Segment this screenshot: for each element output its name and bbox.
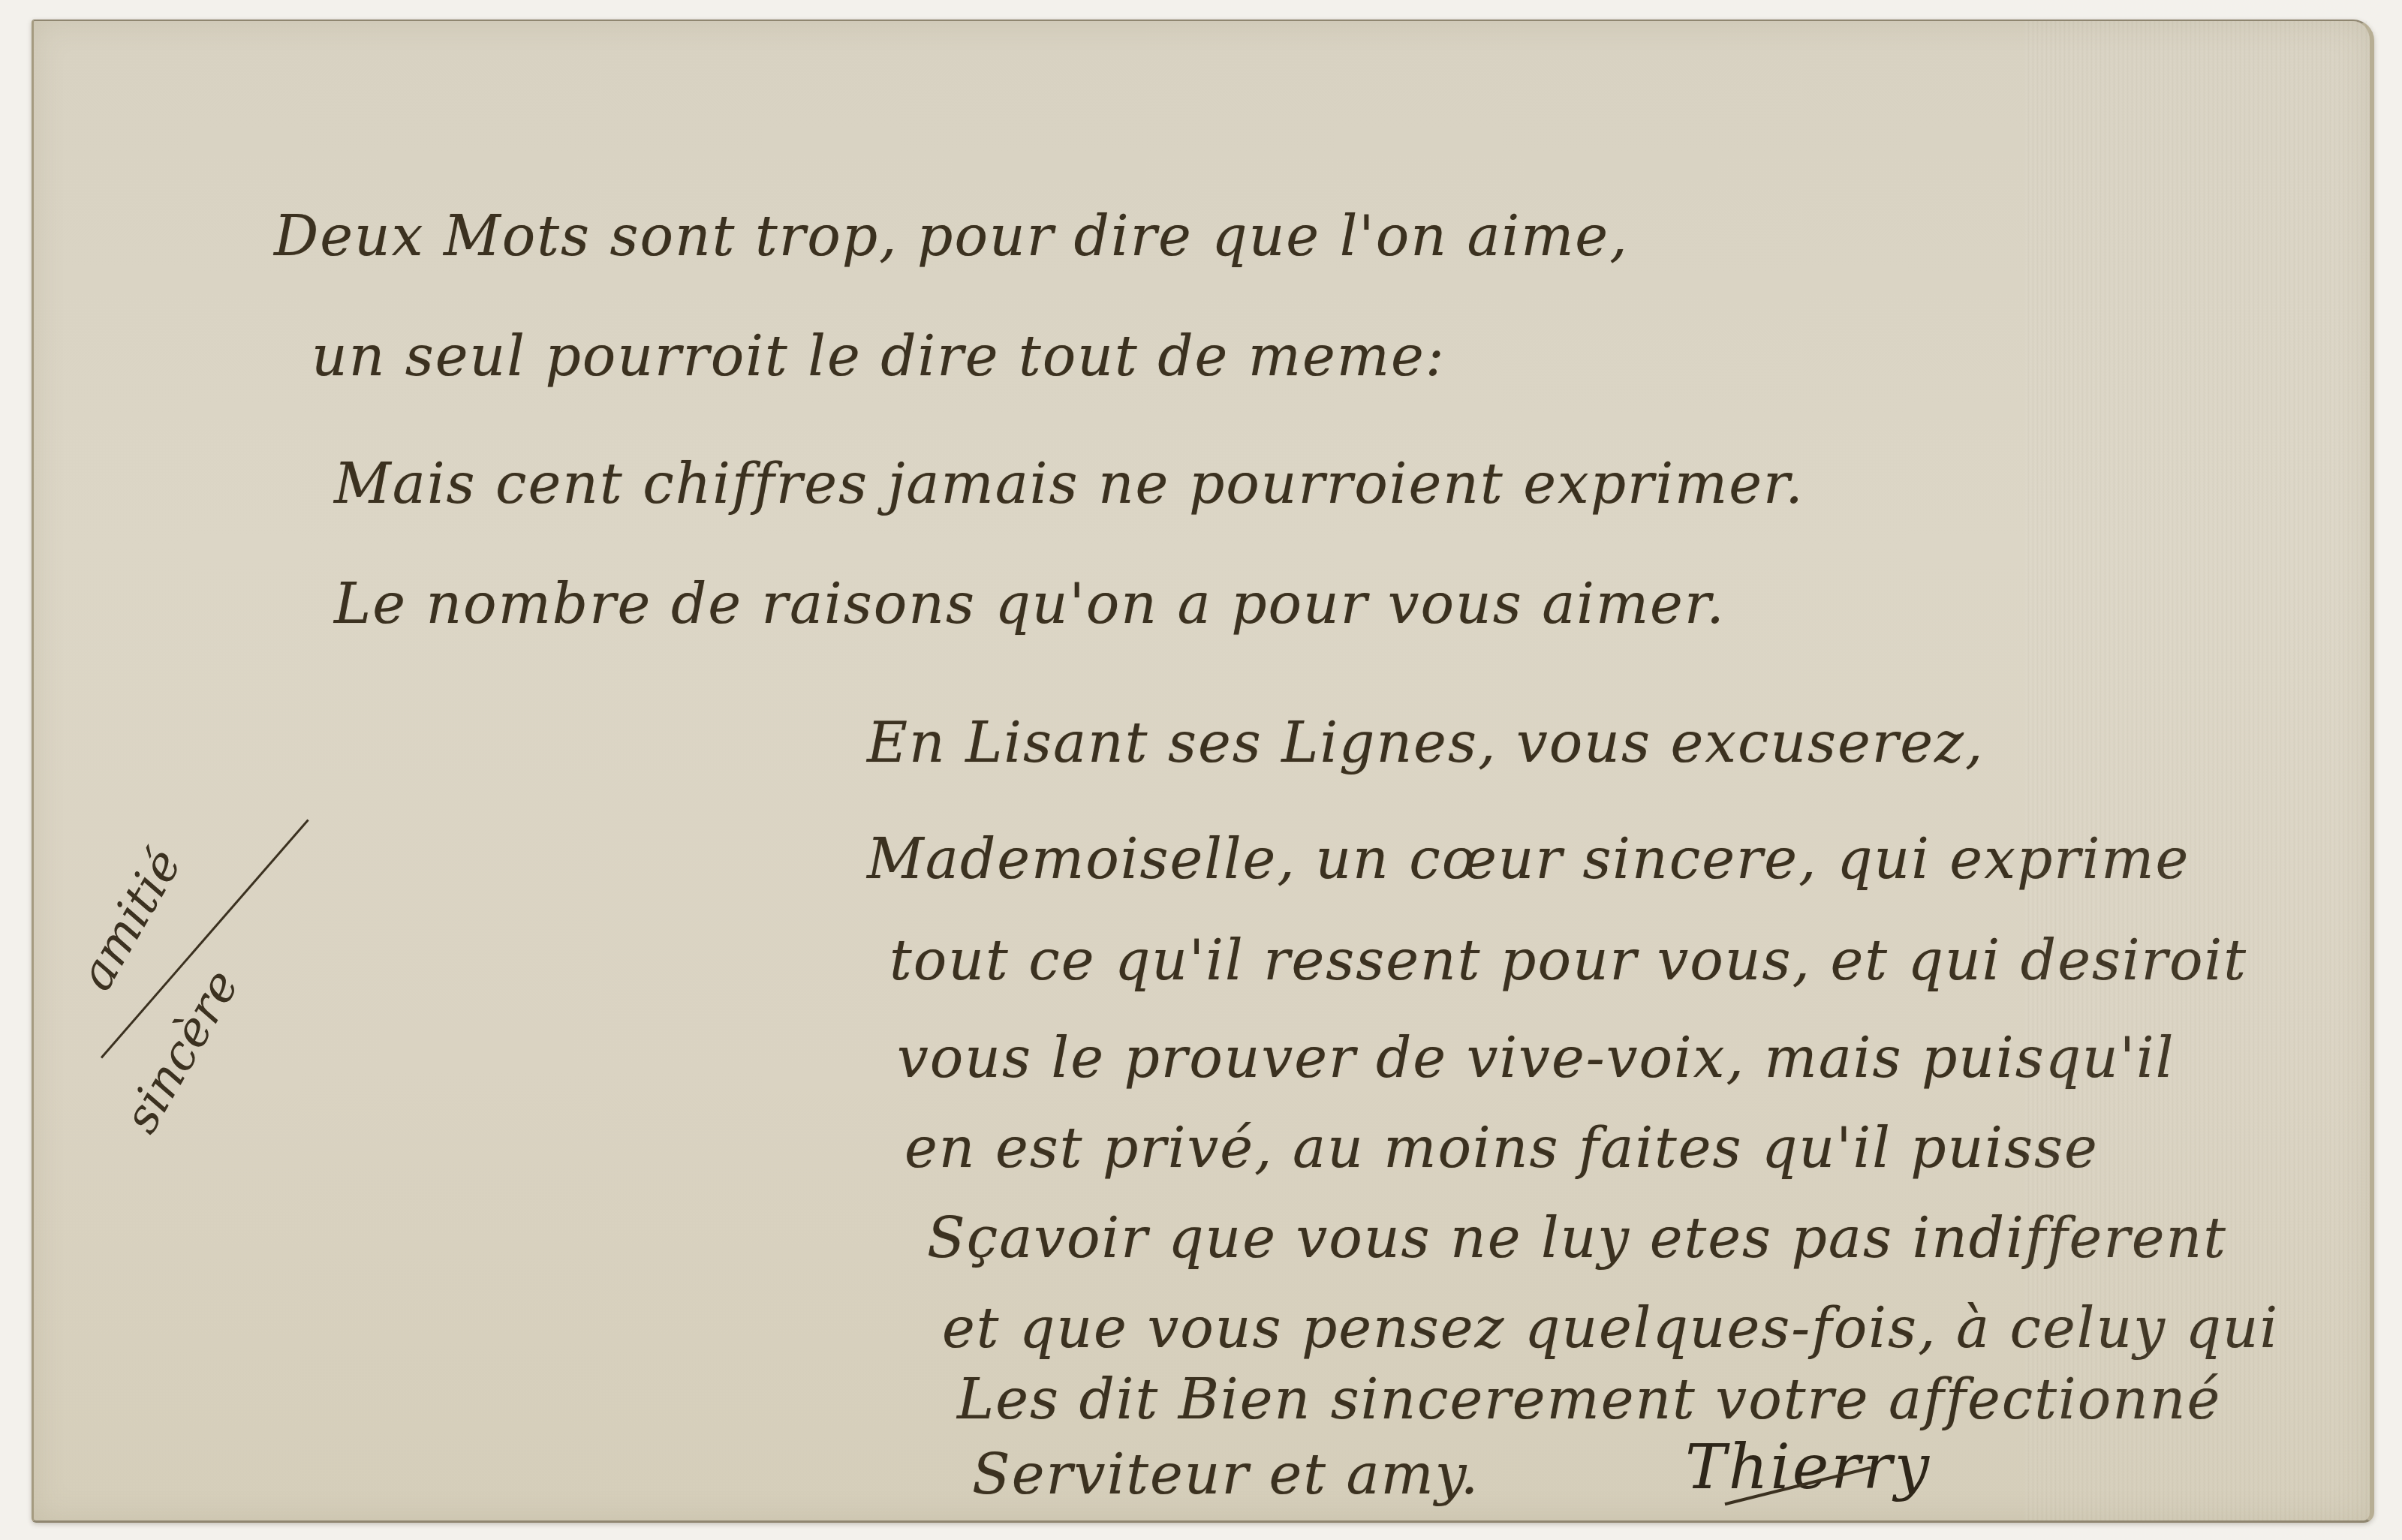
signature: Thierry <box>1685 1432 1931 1503</box>
letter-line-9: Serviteur et amy. <box>972 1447 1479 1502</box>
letter-line-5: en est privé, au moins faites qu'il puis… <box>905 1120 2099 1176</box>
margin-note-bottom: sincère <box>113 961 250 1142</box>
verse-line-2: un seul pourroit le dire tout de meme: <box>312 329 1446 384</box>
letter-line-2: Mademoiselle, un cœur sincere, qui expri… <box>867 832 2190 887</box>
letter-line-6: Sçavoir que vous ne luy etes pas indiffe… <box>927 1211 2227 1266</box>
verse-line-1: Deux Mots sont trop, pour dire que l'on … <box>274 209 1629 264</box>
verse-line-3: Mais cent chiffres jamais ne pourroient … <box>334 456 1805 512</box>
letter-card: Deux Mots sont trop, pour dire que l'on … <box>32 20 2374 1523</box>
letter-line-3: tout ce qu'il ressent pour vous, et qui … <box>889 933 2247 988</box>
letter-line-1: En Lisant ses Lignes, vous excuserez, <box>867 715 1985 771</box>
letter-line-4: vous le prouver de vive-voix, mais puisq… <box>897 1030 2175 1086</box>
letter-line-8: Les dit Bien sincerement votre affection… <box>957 1372 2221 1427</box>
verse-line-4: Le nombre de raisons qu'on a pour vous a… <box>334 576 1726 632</box>
letter-line-7: et que vous pensez quelques-fois, à celu… <box>942 1301 2279 1356</box>
